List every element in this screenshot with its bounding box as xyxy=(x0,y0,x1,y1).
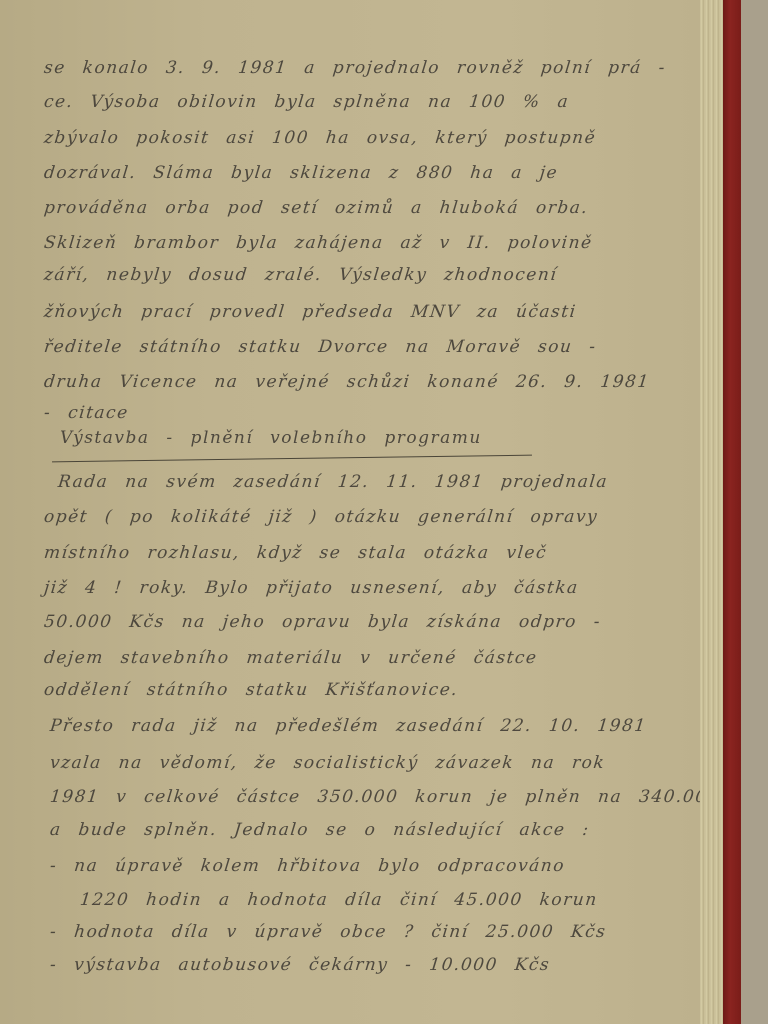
text-line: zbývalo pokosit asi 100 ha ovsa, který p… xyxy=(43,128,597,148)
text-line: vzala na vědomí, že socialistický závaze… xyxy=(49,753,606,773)
text-line: ředitele státního statku Dvorce na Morav… xyxy=(43,337,598,357)
text-line: opět ( po kolikáté již ) otázku generáln… xyxy=(43,507,599,527)
page-edges xyxy=(700,0,724,1024)
text-line: Sklizeň brambor byla zahájena až v II. p… xyxy=(43,233,594,253)
text-line: a bude splněn. Jednalo se o následující … xyxy=(49,820,591,840)
text-line: druha Vicence na veřejné schůzi konané 2… xyxy=(43,372,651,392)
text-line: dejem stavebního materiálu v určené část… xyxy=(43,648,539,668)
background-surface xyxy=(741,0,768,1024)
red-book-binding xyxy=(723,0,741,1024)
heading-underline xyxy=(52,455,532,463)
text-line: září, nebyly dosud zralé. Výsledky zhodn… xyxy=(43,265,558,285)
list-item: - výstavba autobusové čekárny - 10.000 K… xyxy=(49,955,551,975)
text-line: žňových prací provedl předseda MNV za úč… xyxy=(43,302,578,322)
list-item: - hodnota díla v úpravě obce ? činí 25.0… xyxy=(49,922,608,942)
text-line: Rada na svém zasedání 12. 11. 1981 proje… xyxy=(57,472,609,492)
text-line: dozrával. Sláma byla sklizena z 880 ha a… xyxy=(43,163,559,183)
list-item: - na úpravě kolem hřbitova bylo odpracov… xyxy=(49,856,566,876)
text-line: 50.000 Kčs na jeho opravu byla získána o… xyxy=(43,612,602,632)
text-line: ce. Výsoba obilovin byla splněna na 100 … xyxy=(43,92,570,112)
text-line: místního rozhlasu, když se stala otázka … xyxy=(43,543,548,563)
text-line: prováděna orba pod setí ozimů a hluboká … xyxy=(43,198,589,218)
text-line: oddělení státního statku Křišťanovice. xyxy=(43,680,459,700)
text-line: se konalo 3. 9. 1981 a projednalo rovněž… xyxy=(43,58,667,78)
section-heading: Výstavba - plnění volebního programu xyxy=(60,428,482,448)
notebook-page: se konalo 3. 9. 1981 a projednalo rovněž… xyxy=(0,0,700,1024)
list-item-continuation: 1220 hodin a hodnota díla činí 45.000 ko… xyxy=(79,890,599,910)
text-line: 1981 v celkové částce 350.000 korun je p… xyxy=(49,787,721,807)
text-line: Přesto rada již na předešlém zasedání 22… xyxy=(49,716,648,736)
text-line: již 4 ! roky. Bylo přijato usnesení, aby… xyxy=(43,578,580,598)
text-line: - citace xyxy=(43,403,130,423)
